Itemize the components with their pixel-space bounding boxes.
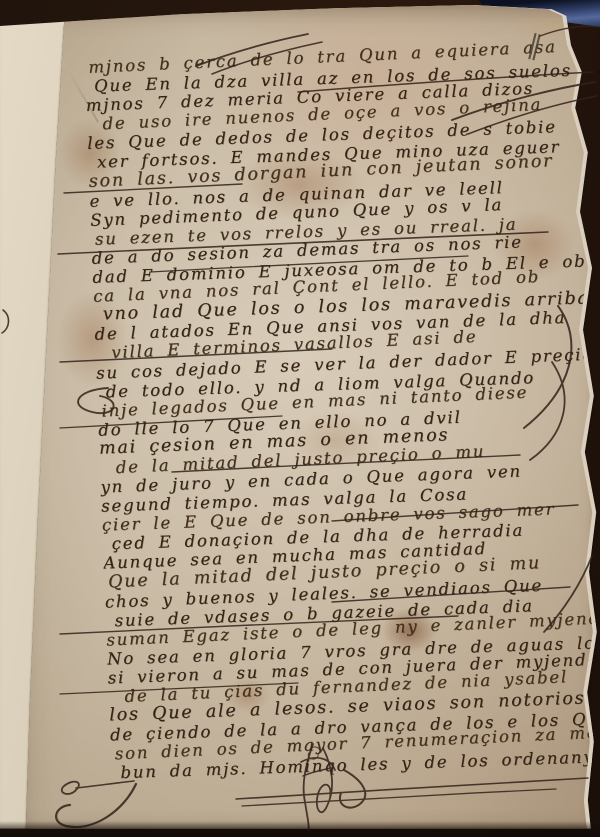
manuscript-page: mjnos b çerca de lo tra Qun a equiera as… xyxy=(0,0,600,837)
photograph-backdrop: mjnos b çerca de lo tra Qun a equiera as… xyxy=(0,0,600,837)
paper-stain xyxy=(515,8,585,42)
text-block: mjnos b çerca de lo tra Qun a equiera as… xyxy=(84,39,600,799)
bottom-shadow xyxy=(0,821,600,837)
paper-surface: mjnos b çerca de lo tra Qun a equiera as… xyxy=(0,0,600,837)
